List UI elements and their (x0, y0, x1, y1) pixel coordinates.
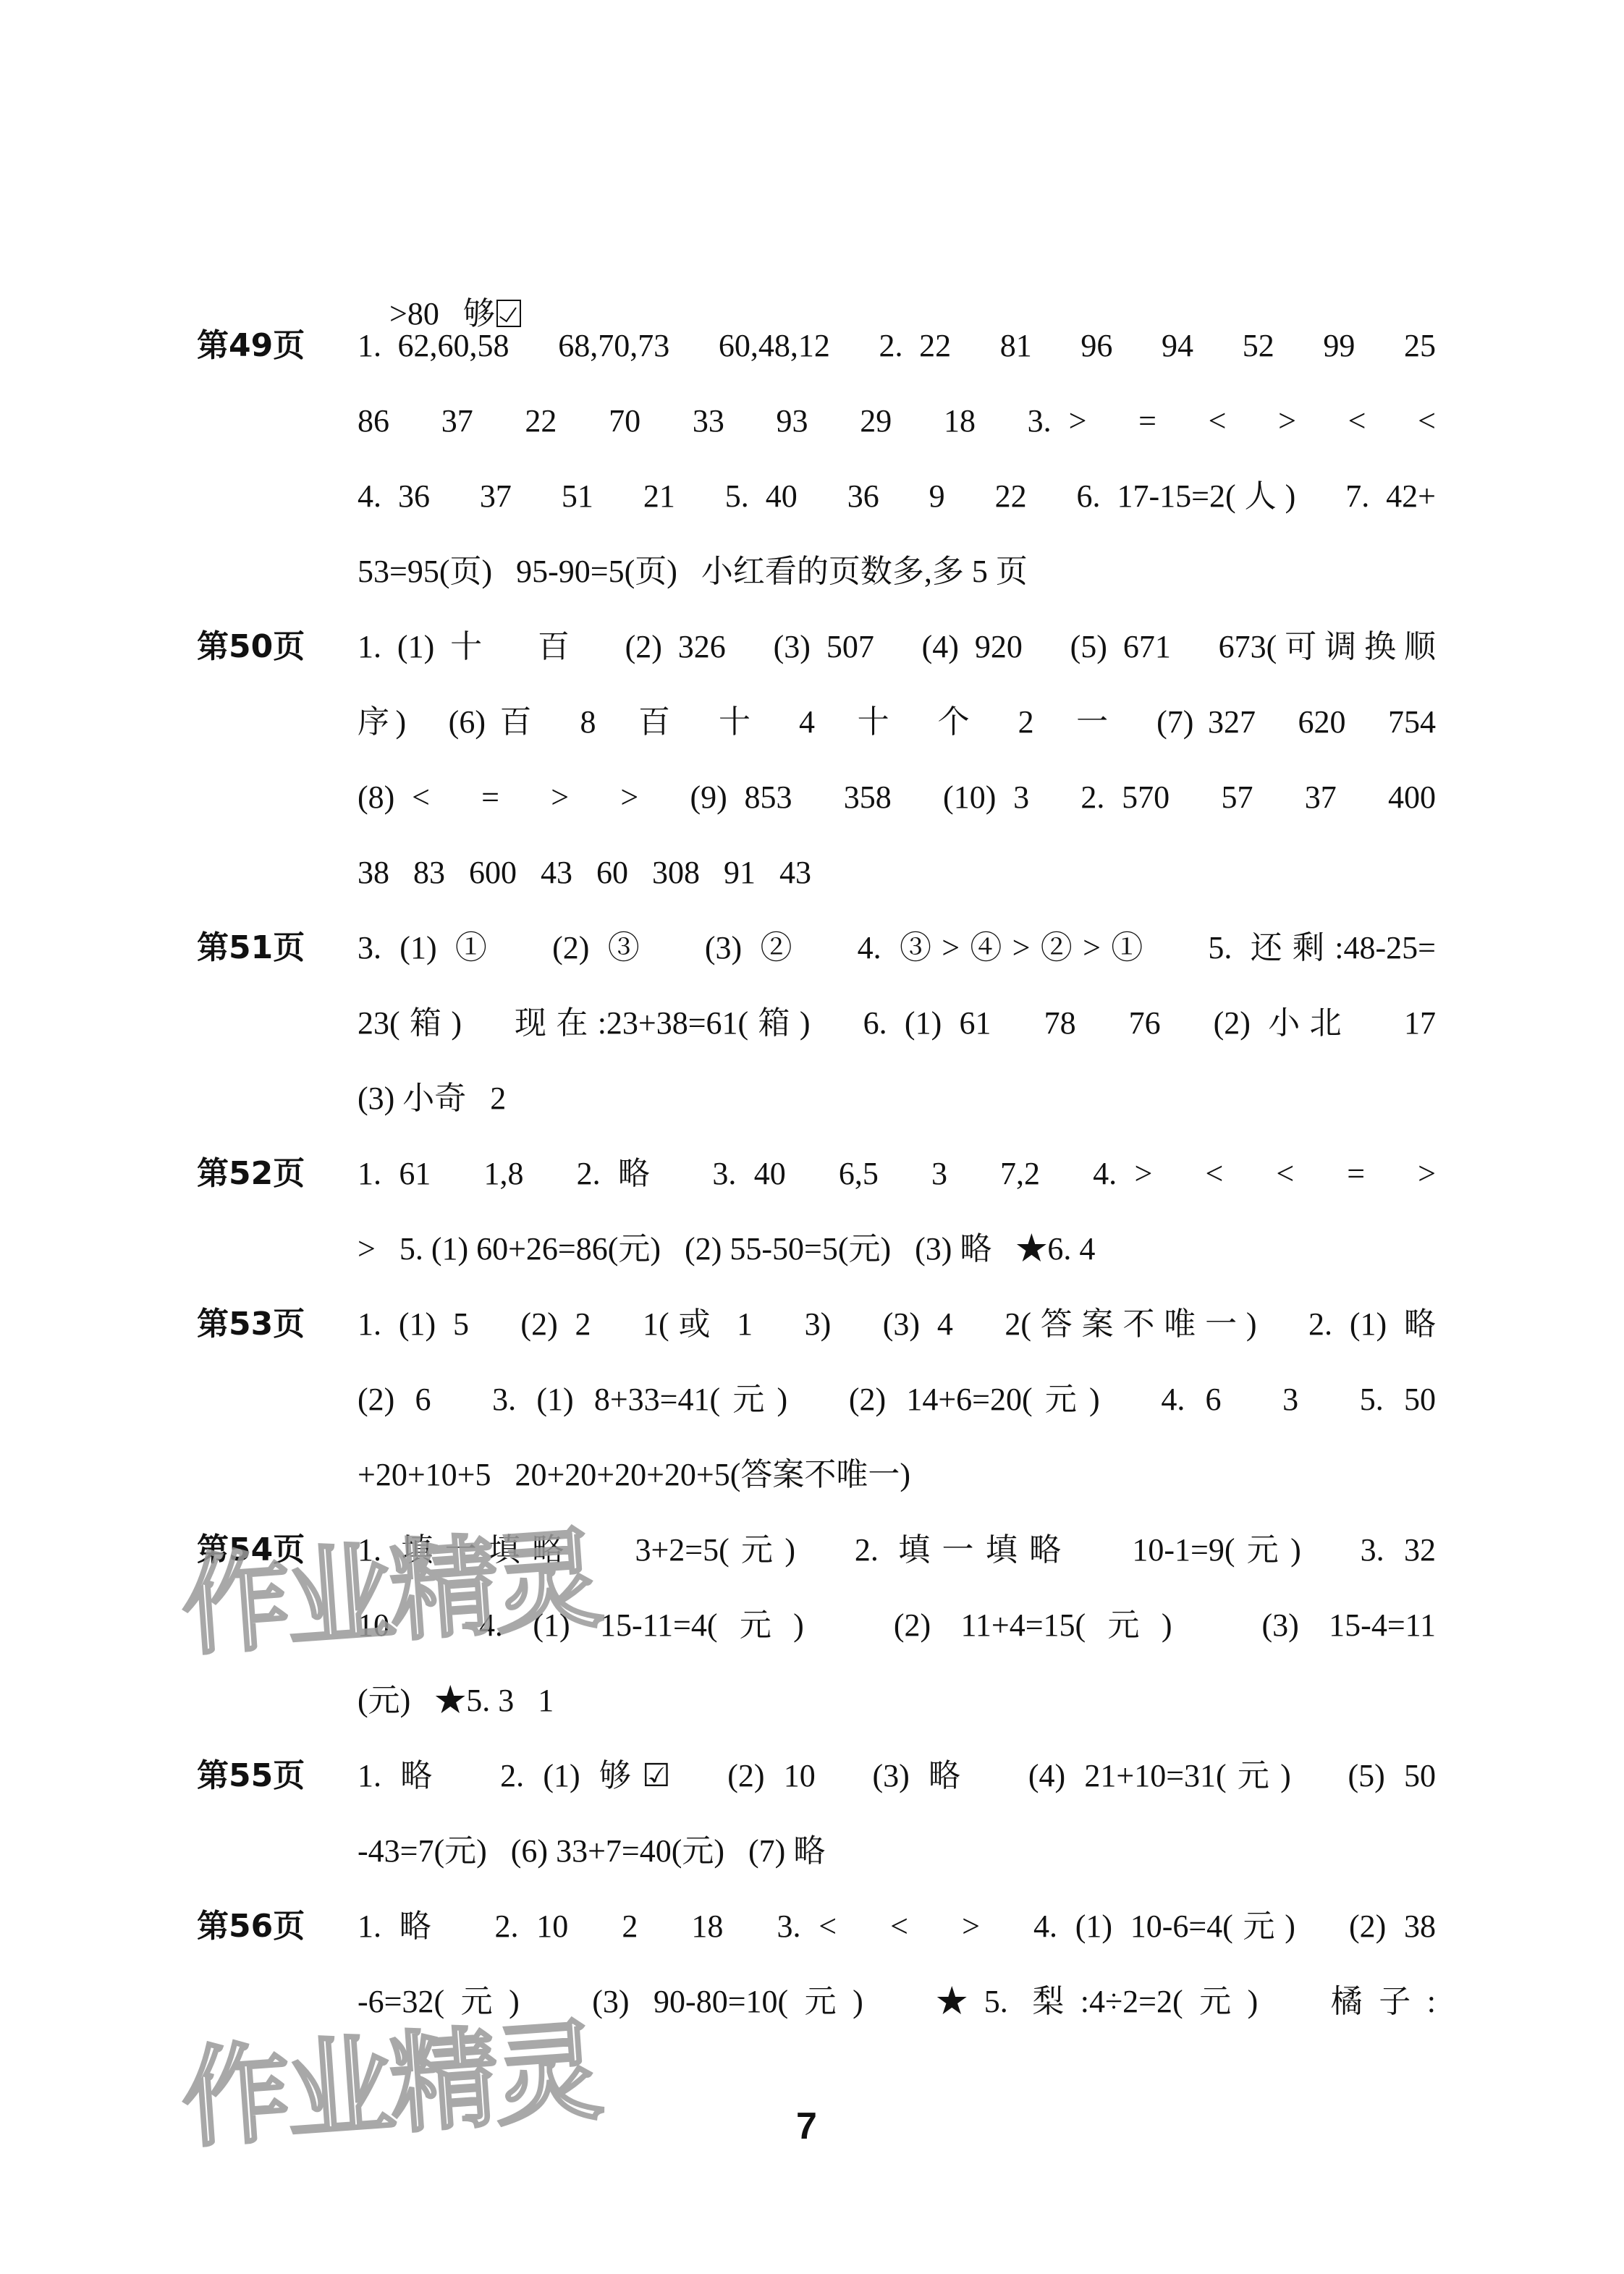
answer-line: (3) 小奇 2 (358, 1077, 1436, 1120)
section-label-p54: 第54页 (197, 1529, 305, 1572)
answer-line: 1. (1) 5 (2) 2 1(或 1 3) (3) 4 2(答案不唯一) 2… (358, 1303, 1436, 1346)
page-number: 7 (796, 2105, 817, 2148)
section-label-p56: 第56页 (197, 1905, 305, 1948)
answer-line: -6=32(元) (3) 90-80=10(元) ★5. 梨:4÷2=2(元) … (358, 1980, 1436, 2024)
answer-key-page: >80 够 第49页 1. 62,60,58 68,70,73 60,48,12… (0, 0, 1624, 2274)
answer-line: -43=7(元) (6) 33+7=40(元) (7) 略 (358, 1830, 1436, 1873)
answer-line: 1. 略 2. (1) 够☑ (2) 10 (3) 略 (4) 21+10=31… (358, 1754, 1436, 1798)
answer-line: 1. 略 2. 10 2 18 3. < < > 4. (1) 10-6=4(元… (358, 1905, 1436, 1948)
answer-line: 3. (1) ① (2) ③ (3) ② 4. ③>④>②>① 5. 还剩:48… (358, 926, 1436, 970)
section-label-p49: 第49页 (197, 324, 305, 368)
answer-line: +20+10+5 20+20+20+20+5(答案不唯一) (358, 1453, 1436, 1497)
answer-line: 53=95(页) 95-90=5(页) 小红看的页数多,多 5 页 (358, 550, 1436, 593)
answer-line: 23(箱) 现在:23+38=61(箱) 6. (1) 61 78 76 (2)… (358, 1002, 1436, 1045)
watermark-logo: 作业精灵 (176, 1491, 603, 1676)
answer-line: 4. 36 37 51 21 5. 40 36 9 22 6. 17-15=2(… (358, 475, 1436, 518)
answer-line: 38 83 600 43 60 308 91 43 (358, 851, 1436, 895)
answer-line: 10 4. (1) 15-11=4(元) (2) 11+4=15(元) (3) … (358, 1604, 1436, 1647)
section-label-p55: 第55页 (197, 1754, 305, 1798)
section-label-p53: 第53页 (197, 1303, 305, 1346)
answer-line: 1. 填一填略 3+2=5(元) 2. 填一填略 10-1=9(元) 3. 32 (358, 1529, 1436, 1572)
section-label-p51: 第51页 (197, 926, 305, 970)
answer-line: 86 37 22 70 33 93 29 18 3. > = < > < < (358, 400, 1436, 443)
answer-line: (8) < = > > (9) 853 358 (10) 3 2. 570 57… (358, 776, 1436, 819)
answer-line: 1. 62,60,58 68,70,73 60,48,12 2. 22 81 9… (358, 324, 1436, 368)
answer-line: 序) (6) 百 8 百 十 4 十 个 2 一 (7) 327 620 754 (358, 701, 1436, 744)
answer-line: 1. (1) 十 百 (2) 326 (3) 507 (4) 920 (5) 6… (358, 625, 1436, 669)
answer-line: > 5. (1) 60+26=86(元) (2) 55-50=5(元) (3) … (358, 1227, 1436, 1271)
answer-line: (元) ★5. 3 1 (358, 1679, 1436, 1723)
checked-box-icon (496, 300, 521, 327)
answer-line: 1. 61 1,8 2. 略 3. 40 6,5 3 7,2 4. > < < … (358, 1152, 1436, 1196)
section-label-p52: 第52页 (197, 1152, 305, 1196)
answer-line: (2) 6 3. (1) 8+33=41(元) (2) 14+6=20(元) 4… (358, 1378, 1436, 1421)
section-label-p50: 第50页 (197, 625, 305, 669)
